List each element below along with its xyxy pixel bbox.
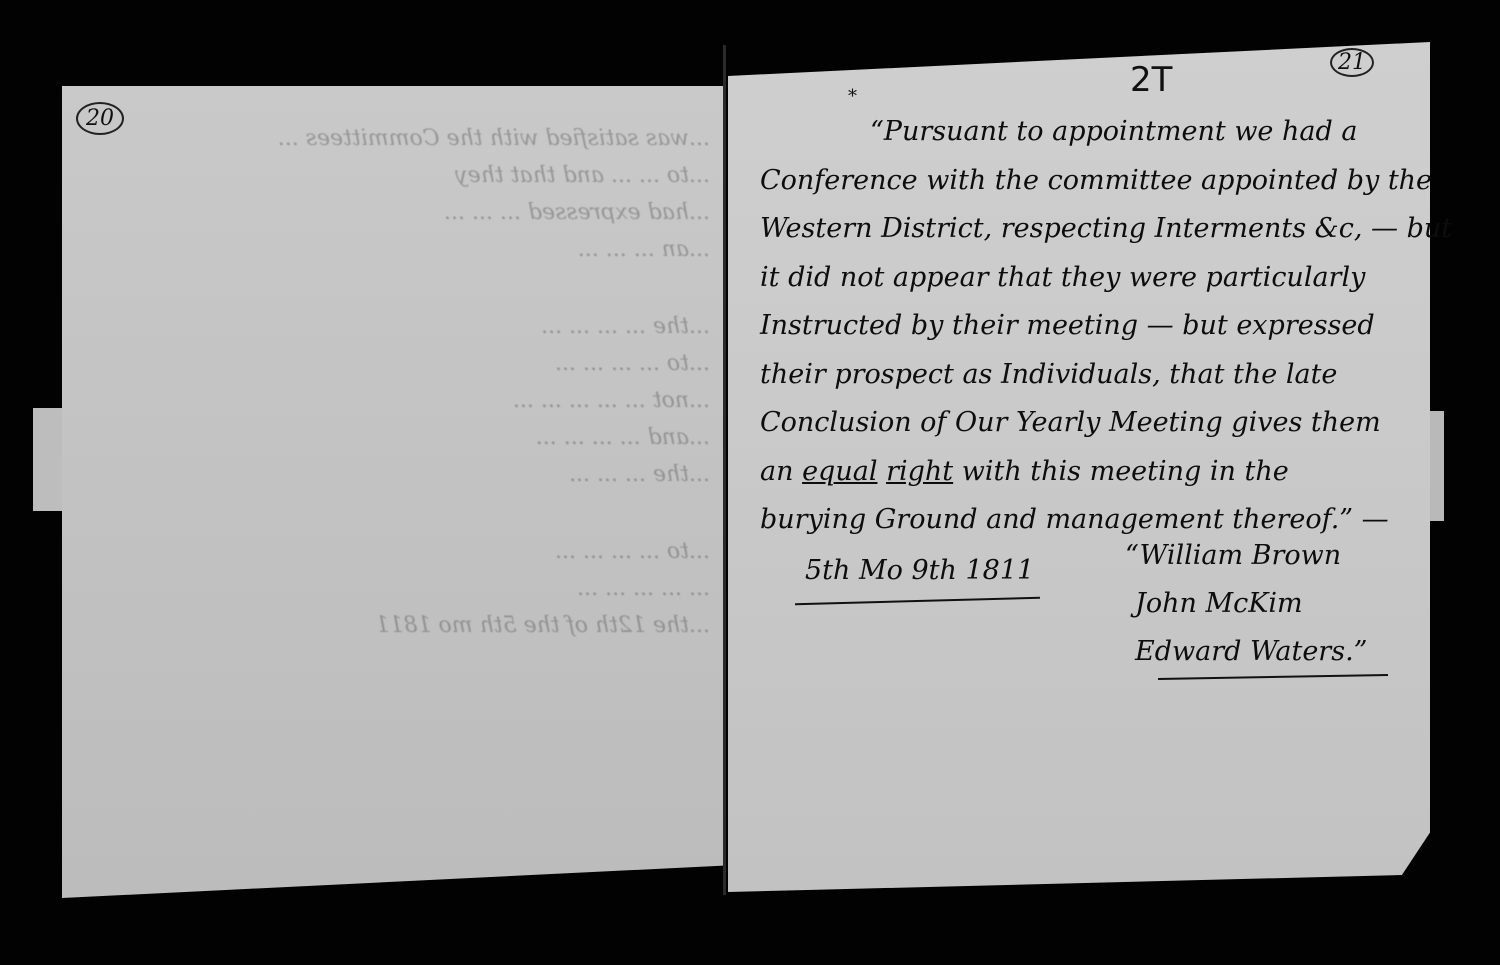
signatory-2: John McKim: [1125, 580, 1367, 628]
signatory-3: Edward Waters.”: [1125, 628, 1367, 676]
bleed-line: ...was satisfied with the Committees ...: [70, 120, 710, 157]
bleed-line: ...to ... ... ... ...: [70, 533, 710, 570]
document-date: 5th Mo 9th 1811: [805, 555, 1034, 586]
bleed-line: ...the 12th of the 5th mo 1811: [70, 607, 710, 644]
asterisk-mark: *: [848, 86, 857, 107]
body-line-5: Instructed by their meeting — but expres…: [760, 302, 1410, 351]
bleed-line: ...had expressed ... ... ...: [70, 194, 710, 231]
body-line-3: Western District, respecting Interments …: [760, 205, 1410, 254]
body-line-6: their prospect as Individuals, that the …: [760, 351, 1410, 400]
bleed-line: ...to ... ... ... ...: [70, 345, 710, 382]
right-page-number: 21: [1330, 48, 1374, 77]
archive-mark: 2T: [1130, 60, 1172, 100]
body-line-1: “Pursuant to appointment we had a: [760, 108, 1410, 157]
body-line-4: it did not appear that they were particu…: [760, 254, 1410, 303]
bleed-line: ... ... ... ... ...: [70, 570, 710, 607]
bleed-line: ...the ... ... ... ...: [70, 308, 710, 345]
manuscript-body: “Pursuant to appointment we had a Confer…: [760, 108, 1410, 545]
bleed-line: ...not ... ... ... ... ...: [70, 382, 710, 419]
bleed-through-text: ...was satisfied with the Committees ...…: [70, 120, 710, 644]
bleed-line: ...the ... ... ...: [70, 456, 710, 493]
bleed-line: ...to ... ... and that they: [70, 157, 710, 194]
signatory-1: “William Brown: [1125, 532, 1367, 580]
bleed-line: ...an ... ... ...: [70, 231, 710, 268]
body-line-8: an equal right with this meeting in the: [760, 448, 1410, 497]
signatories: “William Brown John McKim Edward Waters.…: [1125, 532, 1367, 676]
body-line-7: Conclusion of Our Yearly Meeting gives t…: [760, 399, 1410, 448]
page-gutter: [723, 45, 726, 895]
bleed-line: ...and ... ... ... ...: [70, 419, 710, 456]
body-line-2: Conference with the committee appointed …: [760, 157, 1410, 206]
